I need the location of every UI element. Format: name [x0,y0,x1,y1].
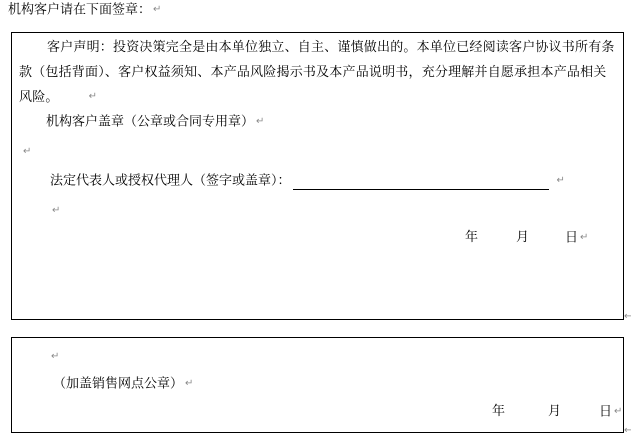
cell-end-mark-icon: ← [624,311,631,322]
representative-signature-field[interactable] [293,175,549,190]
representative-label: 法定代表人或授权代理人（签字或盖章）： [50,174,291,189]
paragraph-mark-icon: ↵ [185,376,193,392]
seal-label-text: 机构客户盖章（公章或合同专用章） [46,115,254,130]
institution-seal-label: 机构客户盖章（公章或合同专用章）↵ [46,114,264,131]
date-year-label: 年 [492,404,505,420]
paragraph-mark-icon: ↵ [614,404,622,420]
sales-outlet-seal-label: （加盖销售网点公章）↵ [53,376,193,393]
empty-paragraph: ↵ [49,349,59,366]
date-day-label: 日↵ [565,230,588,247]
declaration-text: 客户声明：投资决策完全是由本单位独立、自主、谨慎做出的。本单位已经阅读客户协议书… [19,40,615,105]
date-day-label: 日↵ [599,404,622,421]
paragraph-mark-icon: ↵ [61,85,98,110]
empty-paragraph: ↵ [21,144,31,161]
signature-instruction: 机构客户请在下面签章：↵ [8,2,161,19]
sales-seal-text: （加盖销售网点公章） [53,377,183,392]
date-year-label: 年 [465,230,478,246]
date-month-label: 月 [548,404,561,420]
paragraph-mark-icon: ↵ [153,2,161,18]
paragraph-mark-icon: ↵ [256,114,264,130]
paragraph-mark-icon: ↵ [51,349,59,365]
paragraph-mark-icon: ↵ [52,203,60,219]
date-month-label: 月 [516,230,529,246]
representative-signature-row: 法定代表人或授权代理人（签字或盖章）：↵ [50,173,565,190]
empty-paragraph: ↵ [50,203,60,220]
cell-end-mark-icon: ← [624,425,631,436]
institution-signature-box: 客户声明：投资决策完全是由本单位独立、自主、谨慎做出的。本单位已经阅读客户协议书… [11,32,624,320]
instruction-text: 机构客户请在下面签章： [8,3,151,18]
customer-declaration: 客户声明：投资决策完全是由本单位独立、自主、谨慎做出的。本单位已经阅读客户协议书… [19,36,619,110]
paragraph-mark-icon: ↵ [557,173,565,189]
paragraph-mark-icon: ↵ [580,230,588,246]
sales-outlet-seal-box: ↵ （加盖销售网点公章）↵ 年 月 日↵ [11,337,624,433]
paragraph-mark-icon: ↵ [23,144,31,160]
